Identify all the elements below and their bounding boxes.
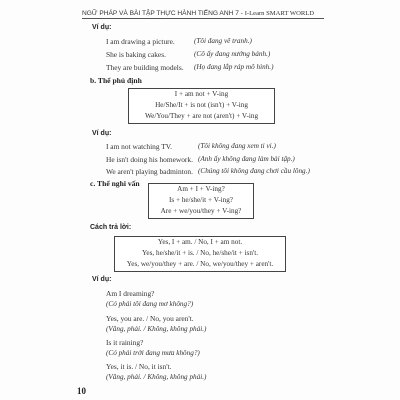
example-en: Am I dreaming?: [106, 289, 154, 298]
section-title-negative: b. Thể phủ định: [90, 76, 142, 85]
answer-line: Yes, he/she/it + is. / No, he/she/it + i…: [115, 248, 285, 259]
header-series: I-Learn SMART WORLD: [245, 10, 314, 17]
formula-line: Is + he/she/it + V-ing?: [149, 195, 253, 206]
example-vi: (Chúng tôi không đang chơi cầu lông.): [198, 167, 310, 175]
document-page: NGỮ PHÁP VÀ BÀI TẬP THỰC HÀNH TIẾNG ANH …: [0, 0, 400, 400]
formula-box-interrogative: Am + I + V-ing? Is + he/she/it + V-ing? …: [148, 183, 254, 219]
example-vi: (Tôi không đang xem ti vi.): [198, 142, 276, 150]
example-vi: (Có phải tôi đang mơ không?): [106, 300, 193, 308]
example-en: I am drawing a picture.: [106, 37, 175, 46]
example-en: She is baking cakes.: [106, 50, 166, 59]
examples-label: Ví dụ:: [92, 276, 111, 283]
examples-label: Ví dụ:: [92, 130, 111, 137]
answer-line: Yes, we/you/they + are. / No, we/you/the…: [115, 259, 285, 270]
example-en: We aren't playing badminton.: [106, 167, 193, 176]
answer-line: Yes, I + am. / No, I + am not.: [115, 237, 285, 248]
formula-line: I + am not + V-ing: [129, 89, 274, 100]
example-en: Is it raining?: [106, 338, 143, 347]
example-en: They are building models.: [106, 63, 184, 72]
example-vi: (Tôi đang vẽ tranh.): [194, 37, 252, 45]
formula-line: He/She/It + is not (isn't) + V-ing: [129, 100, 274, 111]
page-number: 10: [77, 386, 86, 396]
example-en: He isn't doing his homework.: [106, 155, 193, 164]
example-vi: (Anh ấy không đang làm bài tập.): [198, 155, 295, 163]
example-vi: (Vâng, phải. / Không, không phải.): [106, 373, 206, 381]
header-book-title: NGỮ PHÁP VÀ BÀI TẬP THỰC HÀNH TIẾNG ANH …: [82, 10, 245, 17]
examples-label: Ví dụ:: [92, 24, 111, 31]
formula-box-negative: I + am not + V-ing He/She/It + is not (i…: [128, 88, 275, 124]
formula-line: Am + I + V-ing?: [149, 184, 253, 195]
example-vi: (Họ đang lắp ráp mô hình.): [194, 63, 273, 71]
example-en: Yes, you are. / No, you aren't.: [106, 314, 194, 323]
section-title-interrogative: c. Thể nghi vấn: [90, 179, 140, 188]
answer-box: Yes, I + am. / No, I + am not. Yes, he/s…: [114, 236, 286, 272]
example-vi: (Vâng, phải. / Không, không phải.): [106, 325, 206, 333]
formula-line: Are + we/you/they + V-ing?: [149, 206, 253, 217]
formula-line: We/You/They + are not (aren't) + V-ing: [129, 111, 274, 122]
example-en: I am not watching TV.: [106, 142, 172, 151]
example-en: Yes, it is. / No, it isn't.: [106, 362, 171, 371]
example-vi: (Cô ấy đang nướng bánh.): [194, 50, 270, 58]
answer-label: Cách trả lời:: [90, 224, 131, 231]
running-header: NGỮ PHÁP VÀ BÀI TẬP THỰC HÀNH TIẾNG ANH …: [82, 9, 324, 19]
example-vi: (Có phải trời đang mưa không?): [106, 349, 200, 357]
